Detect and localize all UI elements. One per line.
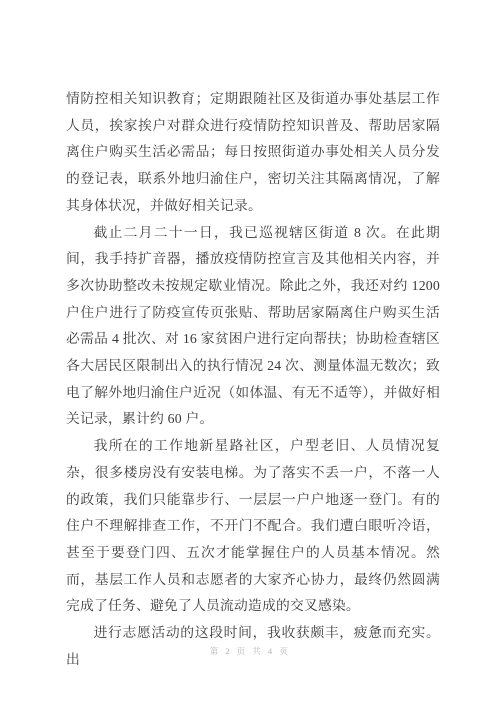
document-page: 情防控相关知识教育；定期跟随社区及街道办事处基层工作人员，挨家挨户对群众进行疫情… xyxy=(0,0,500,707)
paragraph-continuation: 情防控相关知识教育；定期跟随社区及街道办事处基层工作人员，挨家挨户对群众进行疫情… xyxy=(66,86,440,220)
page-number-footer: 第 2 页 共 4 页 xyxy=(0,645,500,657)
document-body: 情防控相关知识教育；定期跟随社区及街道办事处基层工作人员，挨家挨户对群众进行疫情… xyxy=(66,86,440,673)
paragraph: 截止二月二十一日，我已巡视辖区街道 8 次。在此期间，我手持扩音器，播放疫情防控… xyxy=(66,220,440,434)
paragraph: 我所在的工作地新星路社区，户型老旧、人员情况复杂，很多楼房没有安装电梯。为了落实… xyxy=(66,433,440,620)
